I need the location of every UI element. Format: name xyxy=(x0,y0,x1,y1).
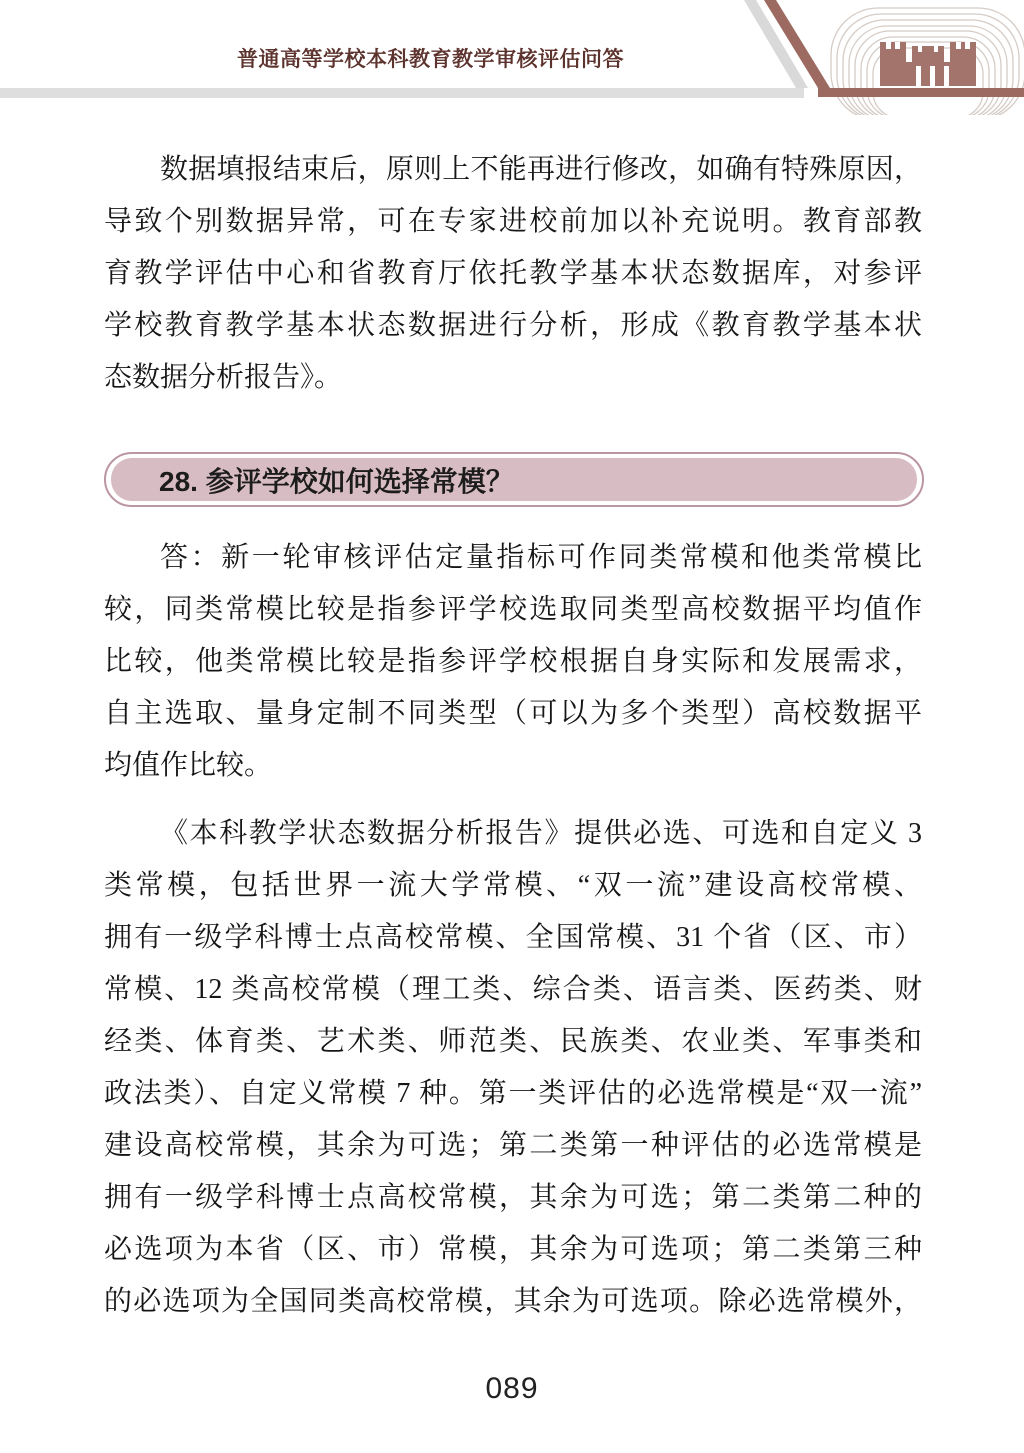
text-line: 答：新一轮审核评估定量指标可作同类常模和他类常模比 xyxy=(104,532,922,584)
text-line: 较，同类常模比较是指参评学校选取同类型高校数据平均值作 xyxy=(104,584,922,636)
page-number: 089 xyxy=(0,1372,1024,1406)
paragraph-norm-types: 《本科教学状态数据分析报告》提供必选、可选和自定义 3类常模，包括世界一流大学常… xyxy=(104,808,922,1328)
text-line: 均值作比较。 xyxy=(104,740,922,792)
building-emblem-icon xyxy=(880,42,976,86)
text-line: 的必选项为全国同类高校常模，其余为可选项。除必选常模外， xyxy=(104,1276,922,1328)
paragraph-answer: 答：新一轮审核评估定量指标可作同类常模和他类常模比较，同类常模比较是指参评学校选… xyxy=(104,532,922,792)
text-line: 数据填报结束后，原则上不能再进行修改，如确有特殊原因， xyxy=(104,144,922,196)
text-line: 政法类）、自定义常模 7 种。第一类评估的必选常模是“双一流” xyxy=(104,1068,922,1120)
text-line: 自主选取、量身定制不同类型（可以为多个类型）高校数据平 xyxy=(104,688,922,740)
book-page: 普通高等学校本科教育教学审核评估问答 数据填报结束后，原则上不能再进行修改，如确… xyxy=(0,0,1024,1453)
text-line: 拥有一级学科博士点高校常模，其余为可选；第二类第二种的 xyxy=(104,1172,922,1224)
text-line: 学校教育教学基本状态数据进行分析，形成《教育教学基本状 xyxy=(104,300,922,352)
question-title: 28. 参评学校如何选择常模？ xyxy=(111,460,514,500)
text-line: 建设高校常模，其余为可选；第二类第一种评估的必选常模是 xyxy=(104,1120,922,1172)
question-box: 28. 参评学校如何选择常模？ xyxy=(104,452,924,507)
text-line: 类常模，包括世界一流大学常模、“双一流”建设高校常模、 xyxy=(104,860,922,912)
text-line: 常模、12 类高校常模（理工类、综合类、语言类、医药类、财 xyxy=(104,964,922,1016)
text-line: 态数据分析报告》。 xyxy=(104,352,922,404)
page-header-title: 普通高等学校本科教育教学审核评估问答 xyxy=(237,43,624,73)
text-line: 《本科教学状态数据分析报告》提供必选、可选和自定义 3 xyxy=(104,808,922,860)
paragraph-data-filling: 数据填报结束后，原则上不能再进行修改，如确有特殊原因，导致个别数据异常，可在专家… xyxy=(104,144,922,404)
text-line: 必选项为本省（区、市）常模，其余为可选项；第二类第三种 xyxy=(104,1224,922,1276)
text-line: 导致个别数据异常，可在专家进校前加以补充说明。教育部教 xyxy=(104,196,922,248)
text-line: 拥有一级学科博士点高校常模、全国常模、31 个省（区、市） xyxy=(104,912,922,964)
text-line: 经类、体育类、艺术类、师范类、民族类、农业类、军事类和 xyxy=(104,1016,922,1068)
question-box-fill: 28. 参评学校如何选择常模？ xyxy=(111,458,917,501)
text-line: 比较，他类常模比较是指参评学校根据自身实际和发展需求， xyxy=(104,636,922,688)
text-line: 育教学评估中心和省教育厅依托教学基本状态数据库，对参评 xyxy=(104,248,922,300)
